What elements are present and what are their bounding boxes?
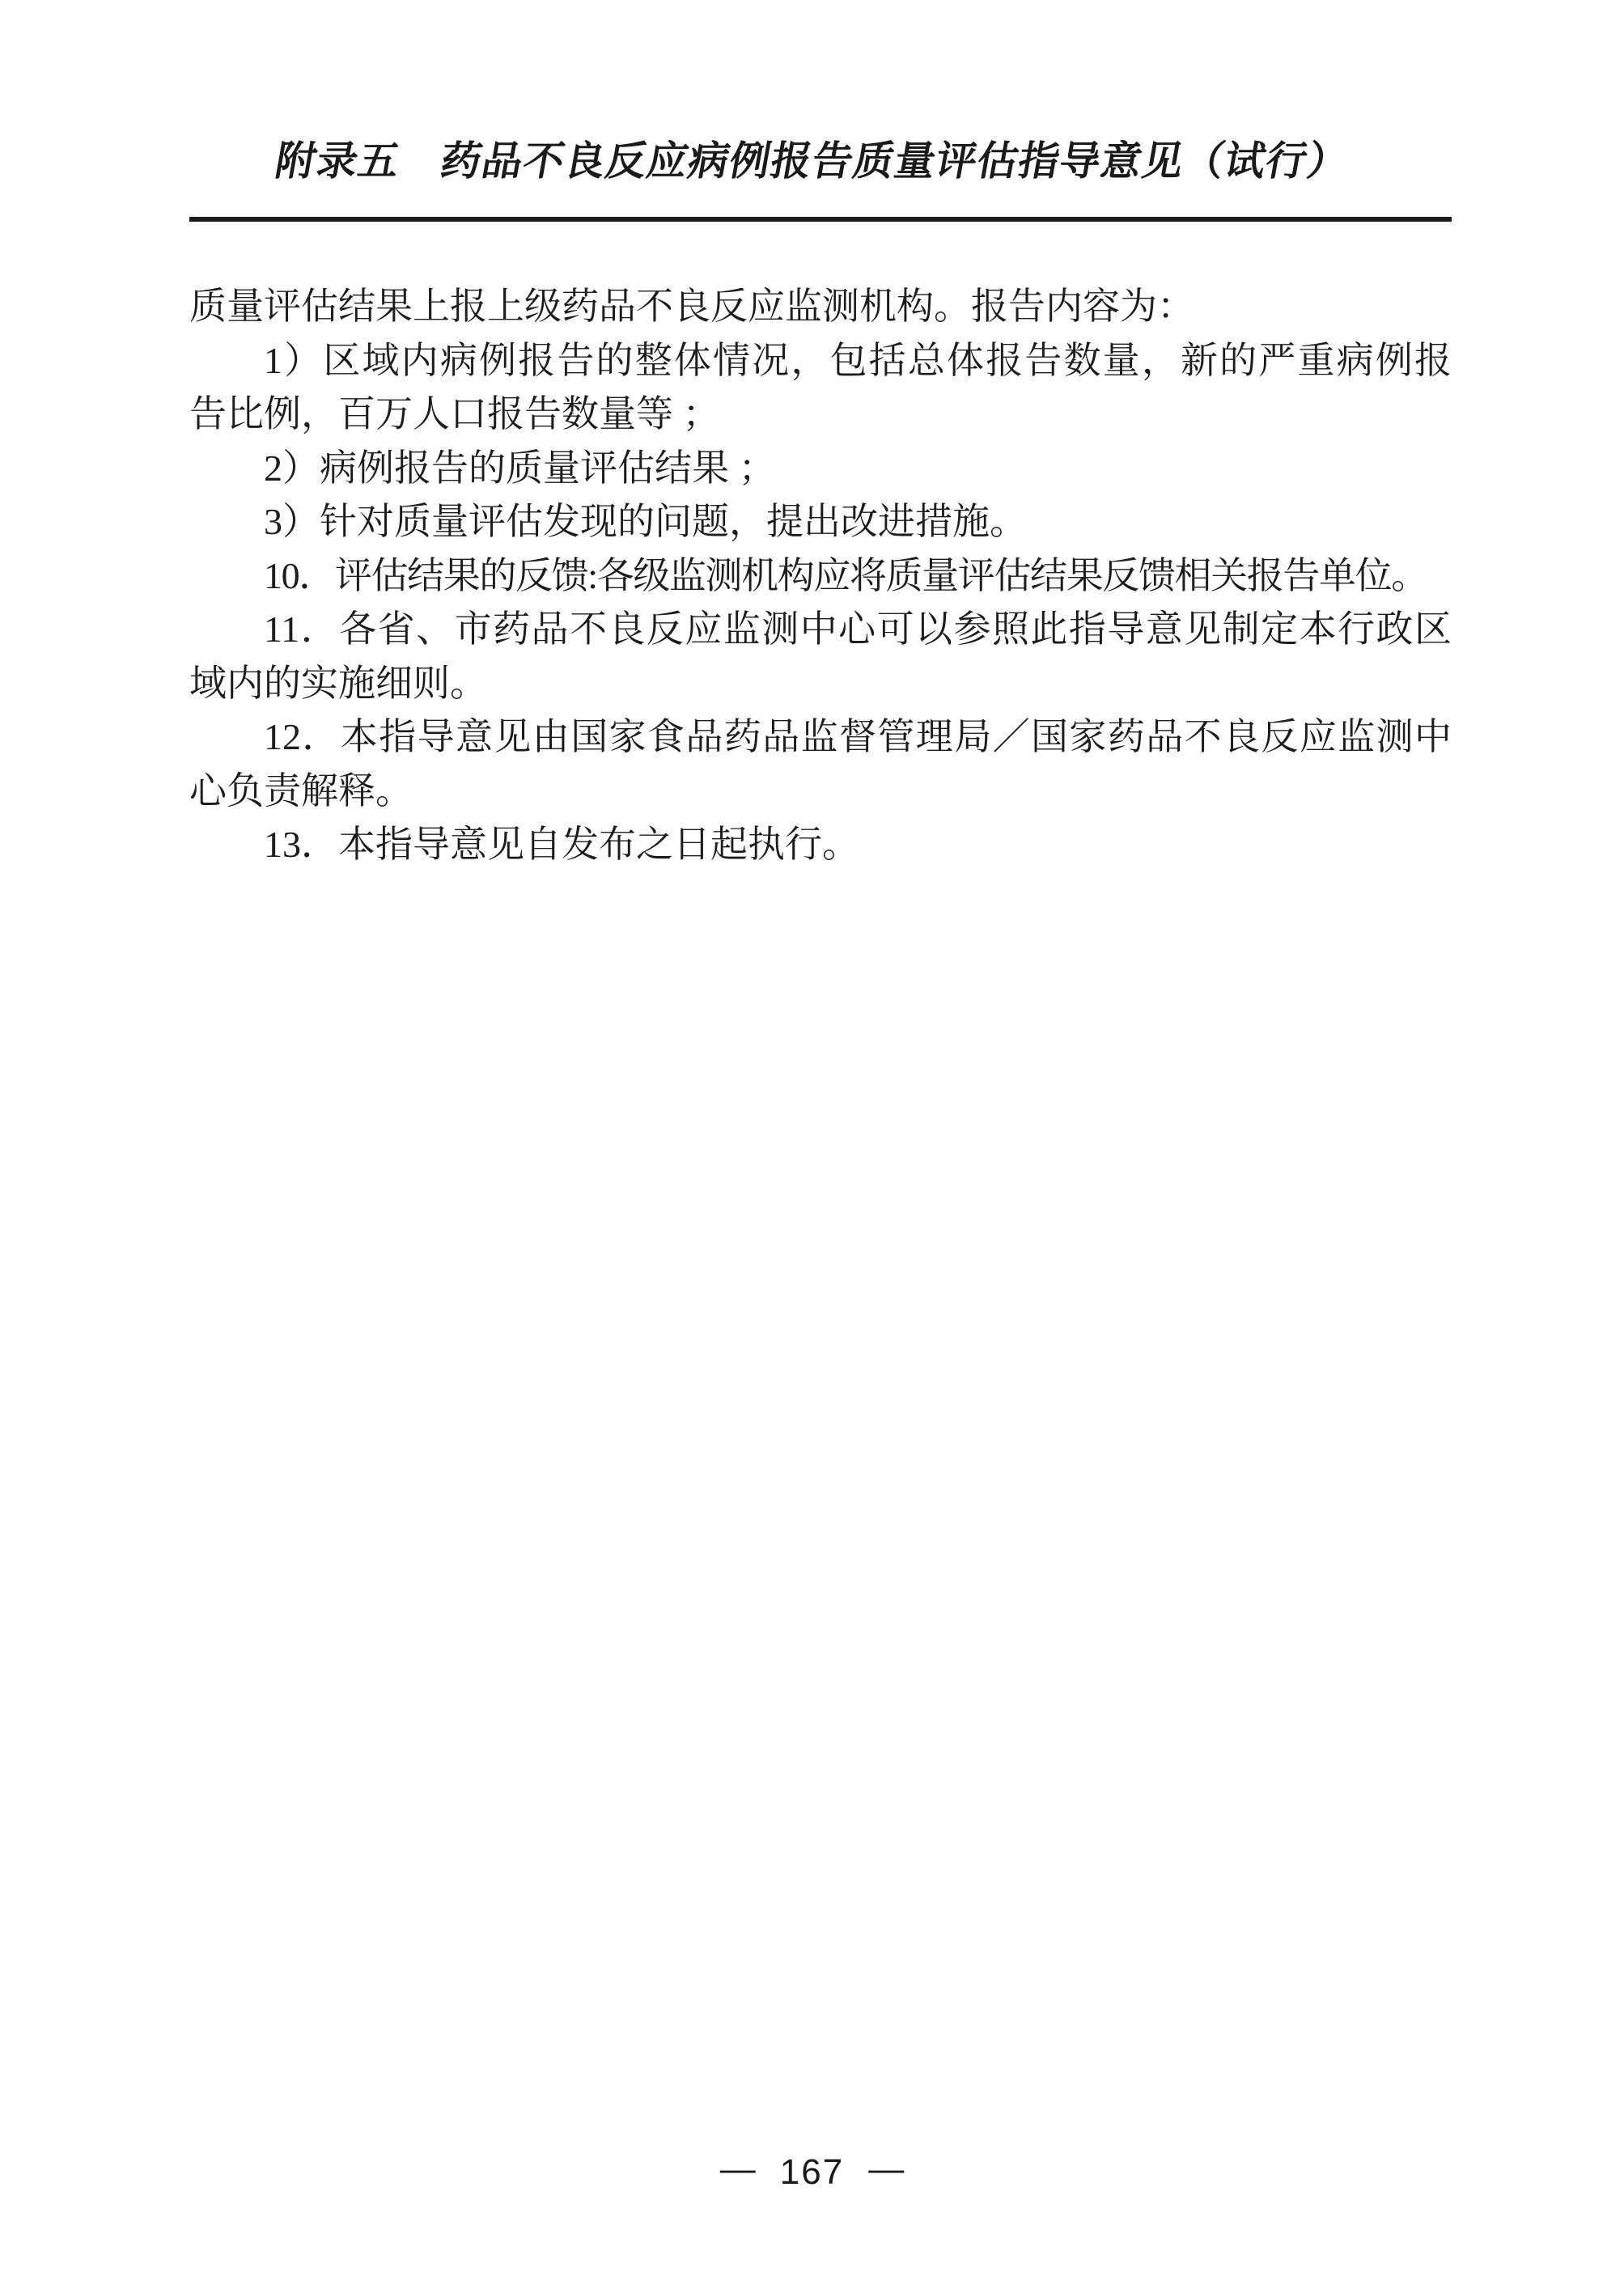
text-line: 13．本指导意见自发布之日起执行。 <box>189 818 1452 872</box>
text-line: 2）病例报告的质量评估结果 ； <box>189 442 1452 496</box>
body-text: 质量评估结果上报上级药品不良反应监测机构。报告内容为： 1）区域内病例报告的整体… <box>189 280 1452 872</box>
page-footer: —167— <box>0 2151 1624 2194</box>
text-line: 域内的实施细则。 <box>189 657 1452 711</box>
header-rule <box>189 217 1452 222</box>
running-header: 附录五 药品不良反应病例报告质量评估指导意见（试行） <box>0 136 1624 186</box>
text-line: 1）区域内病例报告的整体情况，包括总体报告数量，新的严重病例报 <box>189 334 1452 388</box>
text-line: 3）针对质量评估发现的问题，提出改进措施。 <box>189 495 1452 549</box>
text-line: 告比例，百万人口报告数量等 ； <box>189 388 1452 442</box>
text-line: 12．本指导意见由国家食品药品监督管理局／国家药品不良反应监测中 <box>189 710 1452 765</box>
page-number-dash-left: — <box>720 2147 756 2191</box>
text-line: 心负责解释。 <box>189 765 1452 819</box>
running-header-title: 附录五 药品不良反应病例报告质量评估指导意见（试行） <box>271 136 1353 186</box>
text-line: 10．评估结果的反馈:各级监测机构应将质量评估结果反馈相关报告单位。 <box>189 549 1452 604</box>
page-number-dash-right: — <box>868 2147 904 2191</box>
document-page: 附录五 药品不良反应病例报告质量评估指导意见（试行） 质量评估结果上报上级药品不… <box>0 0 1624 2293</box>
text-line: 质量评估结果上报上级药品不良反应监测机构。报告内容为： <box>189 280 1452 334</box>
page-number: 167 <box>780 2151 844 2194</box>
text-line: 11．各省、市药品不良反应监测中心可以参照此指导意见制定本行政区 <box>189 603 1452 657</box>
